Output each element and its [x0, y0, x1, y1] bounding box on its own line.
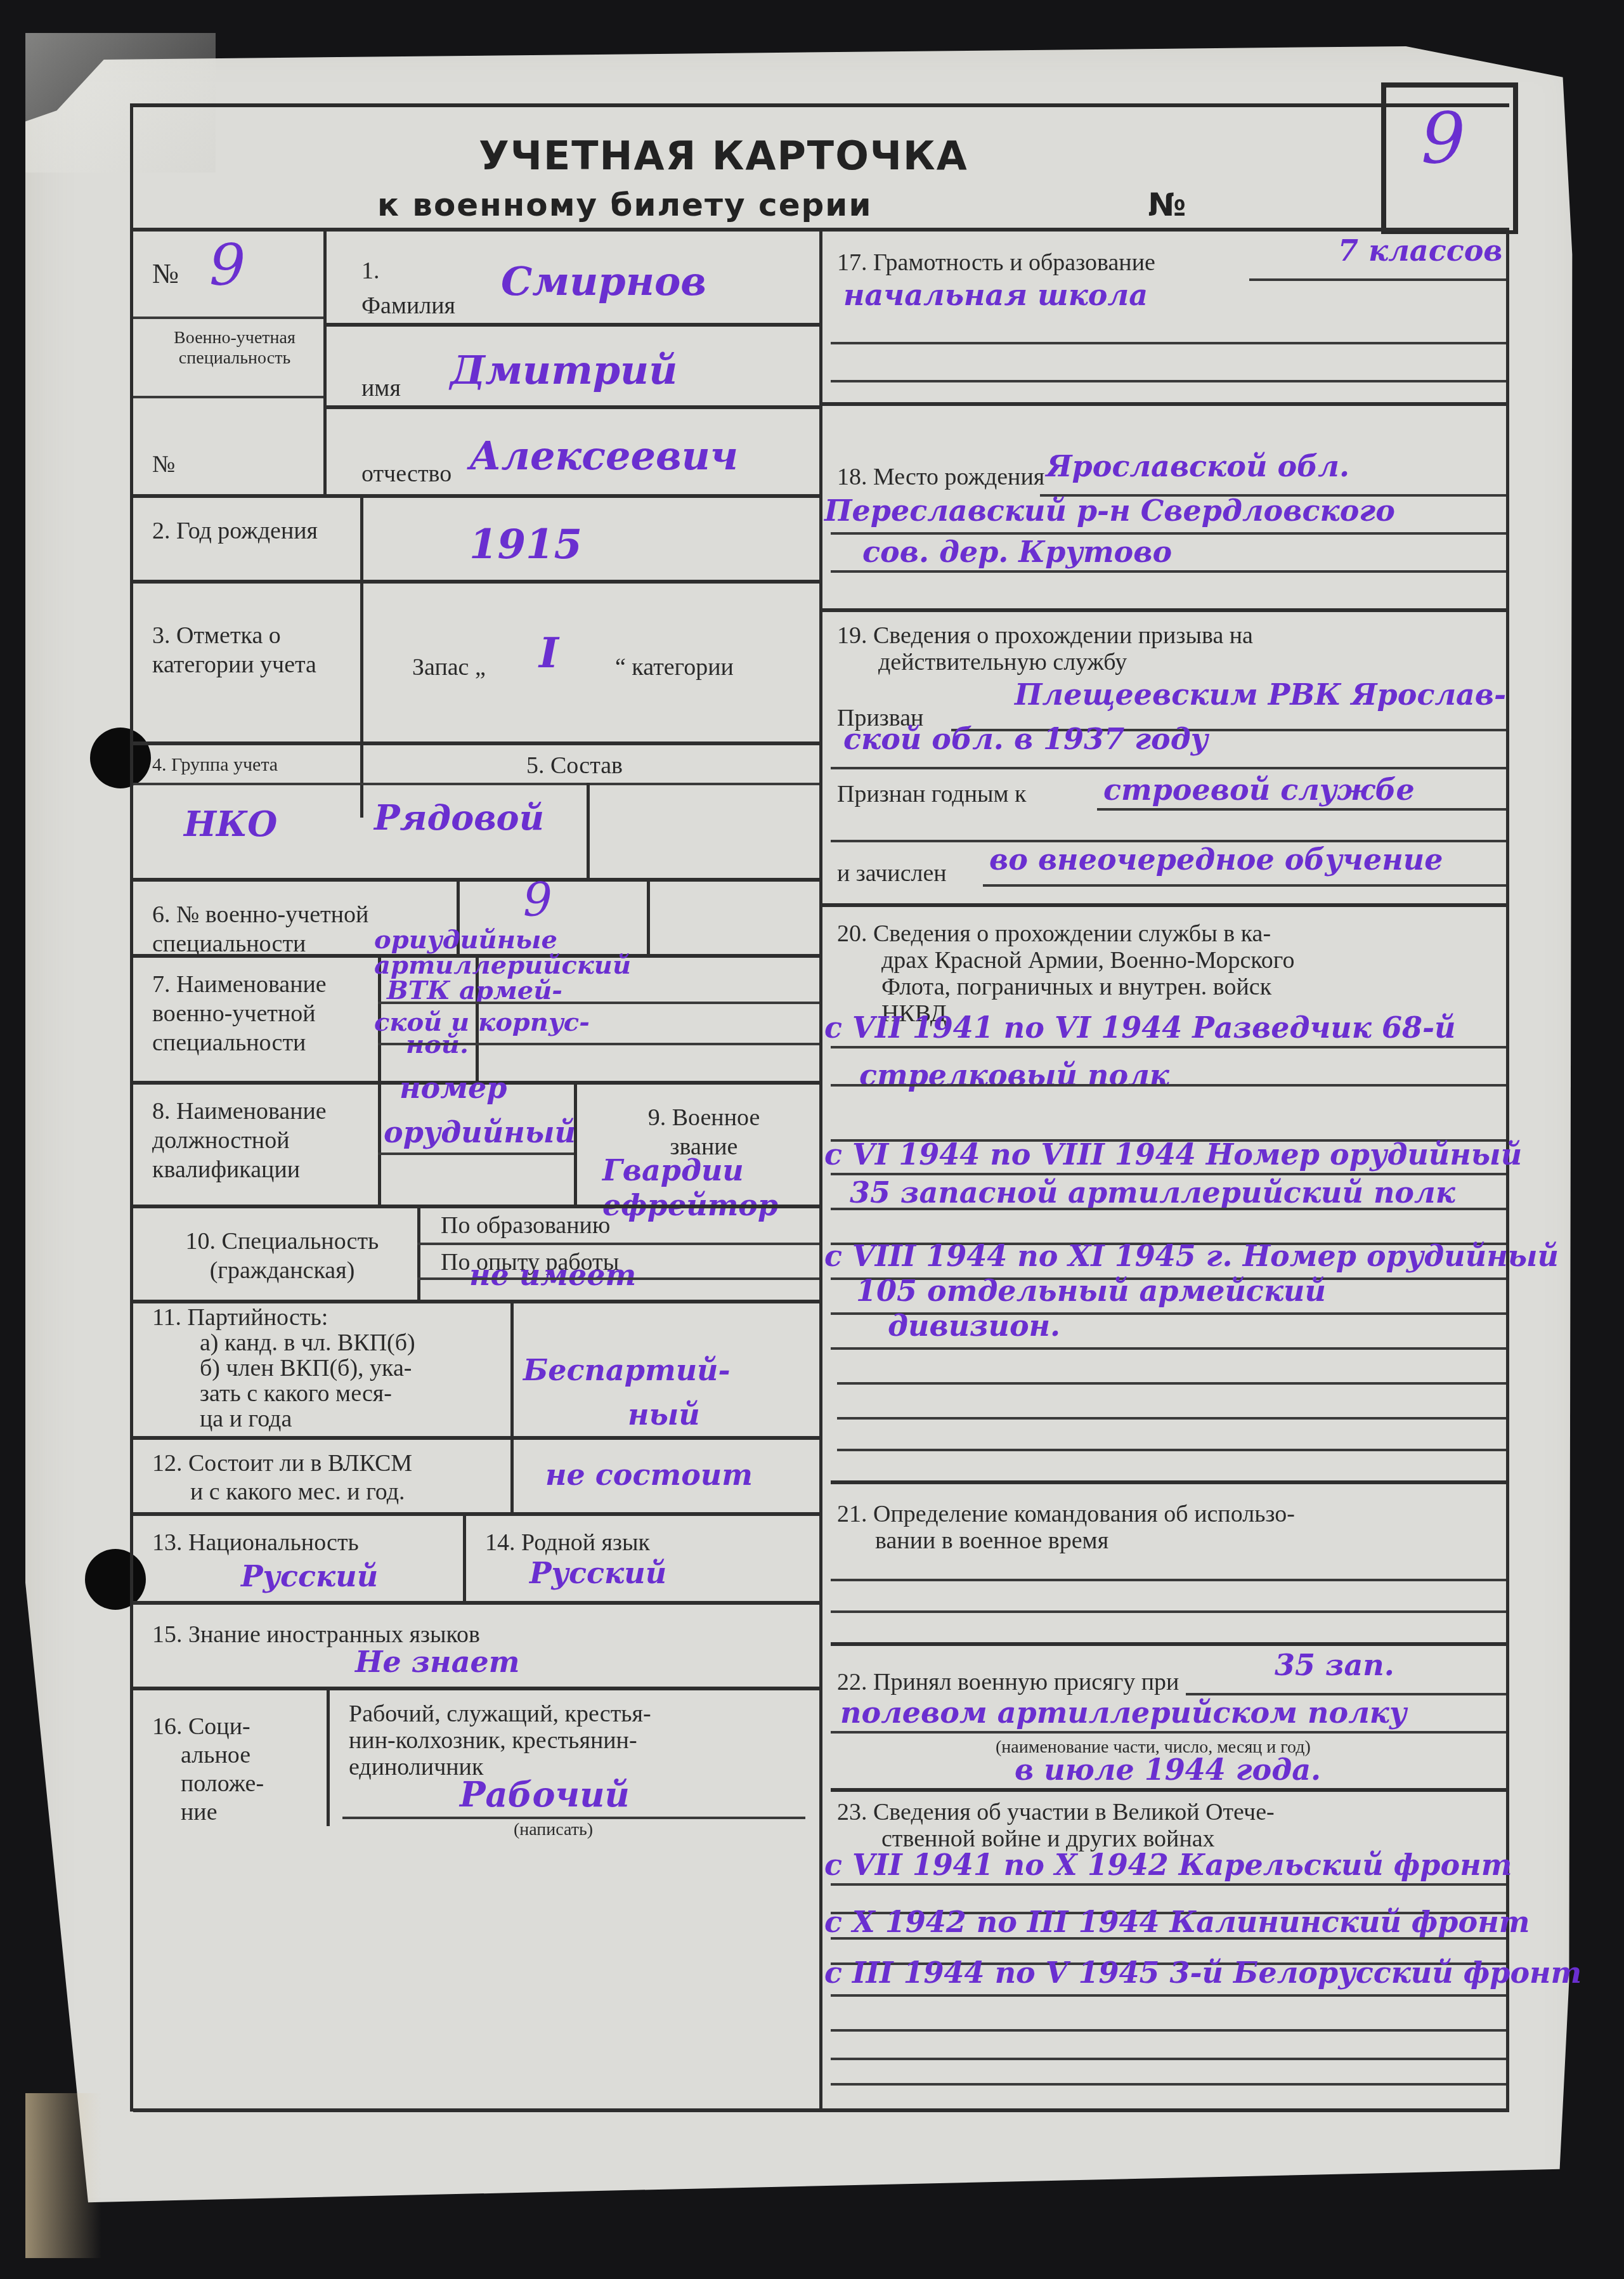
service-line: стрелковый полк [859, 1059, 1169, 1092]
field21-label: вании в военное время [875, 1526, 1108, 1555]
field12-value: не состоит [545, 1458, 753, 1491]
divider [378, 1153, 574, 1155]
record-card-form: УЧЕТНАЯ КАРТОЧКА к военному билету серии… [130, 103, 1509, 2112]
divider [133, 878, 819, 882]
field5-label: 5. Состав [526, 751, 623, 780]
field16-value: Рабочий [460, 1775, 630, 1813]
field15-value: Не знает [355, 1645, 519, 1678]
field19-label: действительную службу [878, 648, 1127, 677]
field8-line: номер [400, 1071, 507, 1104]
vus-no-label: № [152, 450, 175, 479]
field16-label: альное [181, 1740, 250, 1770]
oath-line: в июле 1944 года. [1015, 1753, 1321, 1786]
service-line: с VIII 1944 по XI 1945 г. Номер орудийны… [824, 1239, 1559, 1272]
divider [360, 494, 363, 818]
card-no-value: 9 [209, 234, 245, 297]
field1-number: 1. [361, 256, 380, 285]
vus-label: Военно-учетная специальность [152, 328, 317, 369]
called-value: ской обл. в 1937 году [843, 722, 1208, 755]
divider [819, 903, 1509, 907]
field19-label: 19. Сведения о прохождении призыва на [837, 621, 1253, 650]
divider [133, 1601, 819, 1605]
divider [133, 396, 323, 398]
field11-label: ца и года [200, 1404, 292, 1433]
field10-label: 10. Специальность (гражданская) [152, 1227, 412, 1285]
war-line: с III 1944 по V 1945 3-й Белорусский фро… [824, 1956, 1582, 1989]
field4-value: НКО [184, 805, 277, 843]
field20-label: 20. Сведения о прохождении службы в ка- [837, 919, 1271, 948]
field12-label: 12. Состоит ли в ВЛКСМ [152, 1449, 412, 1478]
field21-label: 21. Определение командования об использо… [837, 1499, 1295, 1529]
divider [510, 1436, 514, 1512]
enlisted-label: и зачислен [837, 859, 947, 888]
divider [831, 1610, 1506, 1613]
field3-value: I [539, 634, 559, 672]
field8-label: 8. Наименование должностной квалификации [152, 1097, 368, 1184]
field16-hint: (написать) [514, 1820, 593, 1840]
field6-value: 9 [523, 881, 552, 919]
field4-label: 4. Группа учета [152, 754, 278, 776]
fit-label: Признан годным к [837, 780, 1027, 809]
divider [831, 1480, 1506, 1484]
field16-options: Рабочий, служащий, крестья- [349, 1699, 651, 1728]
field7-label: 7. Наименование военно-учетной специальн… [152, 970, 368, 1057]
center-divider [819, 228, 822, 2112]
divider [837, 1417, 1506, 1420]
field18-line: сов. дер. Крутово [862, 535, 1172, 568]
by-education-label: По образованию [441, 1211, 610, 1240]
divider [831, 380, 1506, 382]
field14-value: Русский [529, 1557, 666, 1590]
divider [1097, 808, 1506, 811]
patronymic-label: отчество [361, 459, 451, 488]
divider [831, 1579, 1506, 1581]
divider [133, 580, 819, 584]
divider [417, 1205, 420, 1300]
fit-value: строевой службе [1103, 773, 1415, 806]
divider [831, 570, 1506, 573]
divider [133, 494, 819, 498]
divider [1249, 278, 1506, 281]
divider [831, 1883, 1506, 1886]
divider [133, 1205, 819, 1208]
divider [323, 228, 327, 494]
field18-line: Переславский р-н Свердловского [824, 494, 1395, 527]
divider [837, 1449, 1506, 1451]
field13-value: Русский [241, 1560, 378, 1593]
field16-label: 16. Соци- [152, 1712, 250, 1741]
field20-label: Флота, пограничных и внутрен. войск [881, 972, 1271, 1002]
number-sign: № [1148, 186, 1187, 223]
called-value: Плещеевским РВК Ярослав- [1015, 678, 1506, 711]
divider [831, 1642, 1506, 1646]
divider [417, 1277, 819, 1280]
field2-value: 1915 [469, 526, 582, 564]
oath-line: полевом артиллерийском полку [840, 1696, 1406, 1729]
divider [831, 767, 1506, 769]
name-label: имя [361, 374, 401, 403]
divider [831, 1347, 1506, 1350]
field16-options: нин-колхозник, крестьянин- [349, 1726, 637, 1755]
divider [133, 783, 819, 785]
field2-label: 2. Год рождения [152, 516, 342, 545]
divider [831, 2058, 1506, 2060]
divider [133, 1512, 819, 1516]
surname-value: Смирнов [501, 263, 706, 301]
name-value: Дмитрий [450, 351, 677, 389]
field20-label: драх Красной Армии, Военно-Морского [881, 946, 1294, 975]
service-line: с VII 1941 по VI 1944 Разведчик 68-й [824, 1011, 1455, 1044]
divider [831, 342, 1506, 344]
divider [417, 1243, 819, 1245]
field8-line: орудийный [384, 1116, 576, 1149]
field14-label: 14. Родной язык [485, 1528, 650, 1557]
field3-label: 3. Отметка о категории учета [152, 621, 342, 679]
patronymic-value: Алексеевич [469, 437, 738, 475]
service-line: дивизион. [888, 1309, 1060, 1342]
divider [378, 1043, 819, 1045]
field17-label: 17. Грамотность и образование [837, 248, 1155, 277]
divider [983, 884, 1506, 887]
divider [133, 317, 323, 319]
divider [510, 1300, 514, 1436]
divider [647, 878, 650, 954]
field17-value-top: 7 классов [1338, 234, 1503, 267]
page-subtitle: к военному билету серии [377, 186, 872, 223]
field18-label: 18. Место рождения [837, 462, 1044, 492]
divider [323, 405, 819, 409]
field9-line: Гвардии [602, 1154, 744, 1187]
service-line: 105 отдельный армейский [856, 1274, 1326, 1307]
divider [819, 402, 1509, 406]
divider [831, 1046, 1506, 1048]
card-no-label: № [152, 259, 179, 289]
divider [831, 1208, 1506, 1210]
enlisted-value: во внеочередное обучение [989, 843, 1443, 876]
field12-label: и с какого мес. и год. [190, 1477, 405, 1506]
field5-value: Рядовой [374, 799, 544, 837]
divider [133, 1436, 819, 1440]
surname-label: Фамилия [361, 291, 455, 320]
service-line: с VI 1944 по VIII 1944 Номер орудийный [824, 1138, 1522, 1171]
page-title: УЧЕТНАЯ КАРТОЧКА [479, 133, 968, 179]
by-experience-value: не имеет [469, 1258, 636, 1291]
divider [831, 1994, 1506, 1997]
divider [831, 1084, 1506, 1087]
field16-label: положе- [181, 1769, 264, 1798]
field22-value-top: 35 зап. [1275, 1649, 1394, 1681]
field11-value: Беспартий- [523, 1354, 731, 1387]
divider [378, 1002, 819, 1004]
field16-label: ние [181, 1798, 218, 1827]
divider [587, 783, 590, 878]
field3-prefix: Запас „ [412, 653, 486, 682]
divider [133, 741, 819, 745]
divider [323, 323, 819, 327]
paper-stain [25, 2093, 101, 2258]
field18-line: Ярославской обл. [1046, 450, 1349, 483]
divider [831, 1788, 1506, 1792]
divider [133, 1687, 819, 1690]
service-line: 35 запасной артиллерийский полк [850, 1176, 1455, 1209]
war-line: с X 1942 по III 1944 Калининский фронт [824, 1905, 1530, 1938]
field11-value: ный [628, 1398, 700, 1431]
divider [463, 1512, 466, 1601]
divider [837, 1382, 1506, 1385]
field23-label: 23. Сведения об участии в Великой Отече- [837, 1798, 1275, 1827]
field17-value: начальная школа [843, 278, 1148, 311]
field13-label: 13. Национальность [152, 1528, 359, 1557]
divider [819, 608, 1509, 612]
divider [831, 1937, 1506, 1940]
divider [327, 1687, 330, 1826]
divider [342, 1817, 805, 1819]
war-line: с VII 1941 по X 1942 Карельский фронт [824, 1848, 1512, 1881]
divider [831, 2083, 1506, 2086]
divider [831, 2029, 1506, 2032]
divider [378, 1081, 381, 1205]
field22-label: 22. Принял военную присягу при [837, 1668, 1179, 1697]
field3-suffix: “ категории [615, 653, 734, 682]
divider [831, 1731, 1506, 1734]
